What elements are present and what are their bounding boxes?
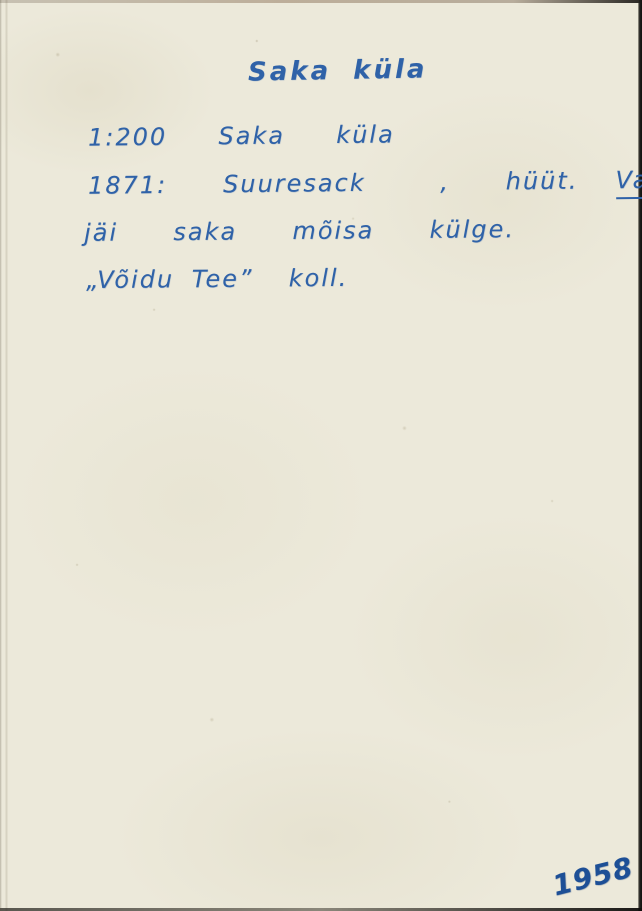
page-title: Saka küla: [248, 54, 428, 87]
handwritten-line-kolkhoz: „Võidu Tee” koll.: [86, 264, 348, 294]
scan-edge-left: [0, 0, 2, 911]
line2-prefix: 1871: Suuresack , hüüt.: [88, 166, 616, 200]
year-annotation: 1958: [549, 851, 636, 903]
scan-edge-right: [638, 0, 642, 911]
underlined-place-name: Vanaküla: [615, 165, 642, 199]
handwritten-line-manor: jäi saka mõisa külge.: [84, 215, 515, 247]
scanned-card: Saka küla 1:200 Saka küla 1871: Suuresac…: [0, 0, 642, 911]
scan-edge-top: [0, 0, 642, 3]
handwritten-line-scale: 1:200 Saka küla: [88, 120, 395, 151]
handwritten-line-1871: 1871: Suuresack , hüüt. Vanaküla —: [88, 164, 642, 200]
